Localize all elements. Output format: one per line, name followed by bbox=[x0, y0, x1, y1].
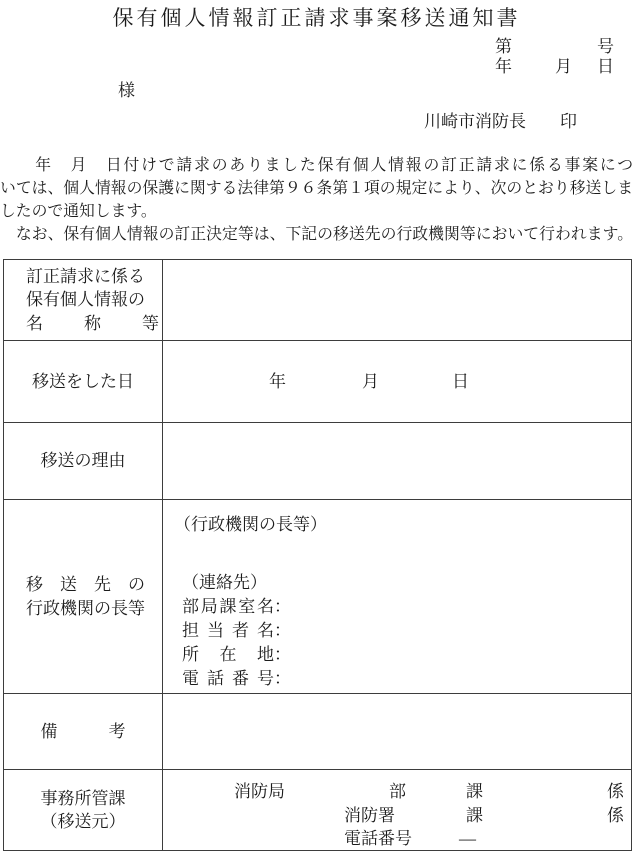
body-line-4: なお、保有個人情報の訂正決定等は、下記の移送先の行政機関等において行われます。 bbox=[0, 223, 633, 246]
issue-month-label: 月 bbox=[555, 57, 572, 76]
correction-name-value bbox=[163, 260, 631, 340]
body-line-3: したので通知します。 bbox=[0, 200, 633, 223]
contact-phone-line: 電話番号： bbox=[182, 667, 631, 691]
office-in-charge-label: 事務所管課 （移送元） bbox=[4, 770, 163, 850]
contact-person-line: 担当者名： bbox=[182, 619, 631, 643]
office-phone-dash: ― bbox=[459, 830, 476, 847]
office-bu-label: 部 bbox=[389, 783, 406, 800]
transfer-destination-value: （行政機関の長等） （連絡先） 部局課室名： 担当者名： 所在地： 電話番号： bbox=[163, 500, 631, 693]
doc-number-line: 第号 bbox=[0, 37, 614, 57]
addressee-line: 様 bbox=[0, 81, 633, 101]
office-ka-label-1: 課 bbox=[466, 783, 483, 800]
office-phone-label: 電話番号 bbox=[344, 830, 412, 847]
row-transfer-reason: 移送の理由 bbox=[4, 422, 631, 499]
document-page: 保有個人情報訂正請求事案移送通知書 第号 年月日 様 川崎市消防長印 年 月 日… bbox=[0, 0, 633, 852]
office-kakari-label-1: 係 bbox=[607, 783, 624, 800]
office-in-charge-value: 消防局 部 課 係 消防署 課 係 電話番号 ― bbox=[163, 770, 631, 850]
contact-dept-line: 部局課室名： bbox=[182, 595, 631, 619]
sender-line: 川崎市消防長印 bbox=[0, 112, 633, 132]
transfer-date-value: 年 月 日 bbox=[163, 341, 631, 422]
row-transfer-date: 移送をした日 年 月 日 bbox=[4, 340, 631, 422]
page-title: 保有個人情報訂正請求事案移送通知書 bbox=[0, 5, 633, 31]
transfer-reason-value bbox=[163, 423, 631, 499]
office-station-label: 消防署 bbox=[344, 807, 395, 824]
office-ka-label-2: 課 bbox=[466, 807, 483, 824]
sender-name: 川崎市消防長 bbox=[424, 112, 526, 131]
row-remarks: 備 考 bbox=[4, 693, 631, 769]
office-bureau-label: 消防局 bbox=[234, 783, 285, 800]
transfer-date-label: 移送をした日 bbox=[4, 341, 163, 422]
doc-number-prefix: 第 bbox=[495, 37, 512, 56]
transfer-year-label: 年 bbox=[269, 373, 286, 390]
row-correction-name: 訂正請求に係る 保有個人情報の 名称等 bbox=[4, 260, 631, 340]
body-line-1: 年 月 日付けで請求のありました保有個人情報の訂正請求に係る事案につ bbox=[0, 154, 633, 177]
transfer-destination-label: 移 送 先 の 行政機関の長等 bbox=[4, 500, 163, 693]
transfer-notice-table: 訂正請求に係る 保有個人情報の 名称等 移送をした日 年 月 日 移送の理由 移… bbox=[3, 259, 632, 851]
remarks-label: 備 考 bbox=[4, 694, 163, 769]
contact-head-label: （連絡先） bbox=[182, 571, 631, 595]
transfer-reason-label: 移送の理由 bbox=[4, 423, 163, 499]
transfer-day-label: 日 bbox=[452, 373, 469, 390]
remarks-value bbox=[163, 694, 631, 769]
destination-head-label: （行政機関の長等） bbox=[163, 500, 631, 537]
seal-mark: 印 bbox=[560, 112, 577, 131]
row-transfer-destination: 移 送 先 の 行政機関の長等 （行政機関の長等） （連絡先） 部局課室名： 担… bbox=[4, 499, 631, 693]
contact-block: （連絡先） 部局課室名： 担当者名： 所在地： 電話番号： bbox=[163, 571, 631, 691]
office-kakari-label-2: 係 bbox=[607, 807, 624, 824]
transfer-month-label: 月 bbox=[362, 373, 379, 390]
issue-date-line: 年月日 bbox=[0, 57, 614, 77]
header-right-block: 第号 年月日 bbox=[0, 37, 633, 77]
body-line-2: いては、個人情報の保護に関する法律第９６条第１項の規定により、次のとおり移送しま bbox=[0, 177, 633, 200]
notice-paragraph: 年 月 日付けで請求のありました保有個人情報の訂正請求に係る事案につ いては、個… bbox=[0, 154, 633, 246]
doc-number-suffix: 号 bbox=[597, 37, 614, 56]
addressee-honorific: 様 bbox=[118, 81, 135, 100]
issue-day-label: 日 bbox=[597, 57, 614, 76]
correction-name-label: 訂正請求に係る 保有個人情報の 名称等 bbox=[4, 260, 163, 340]
row-office-in-charge: 事務所管課 （移送元） 消防局 部 課 係 消防署 課 係 電話番号 ― bbox=[4, 769, 631, 850]
issue-year-label: 年 bbox=[495, 57, 512, 76]
contact-address-line: 所在地： bbox=[182, 643, 631, 667]
